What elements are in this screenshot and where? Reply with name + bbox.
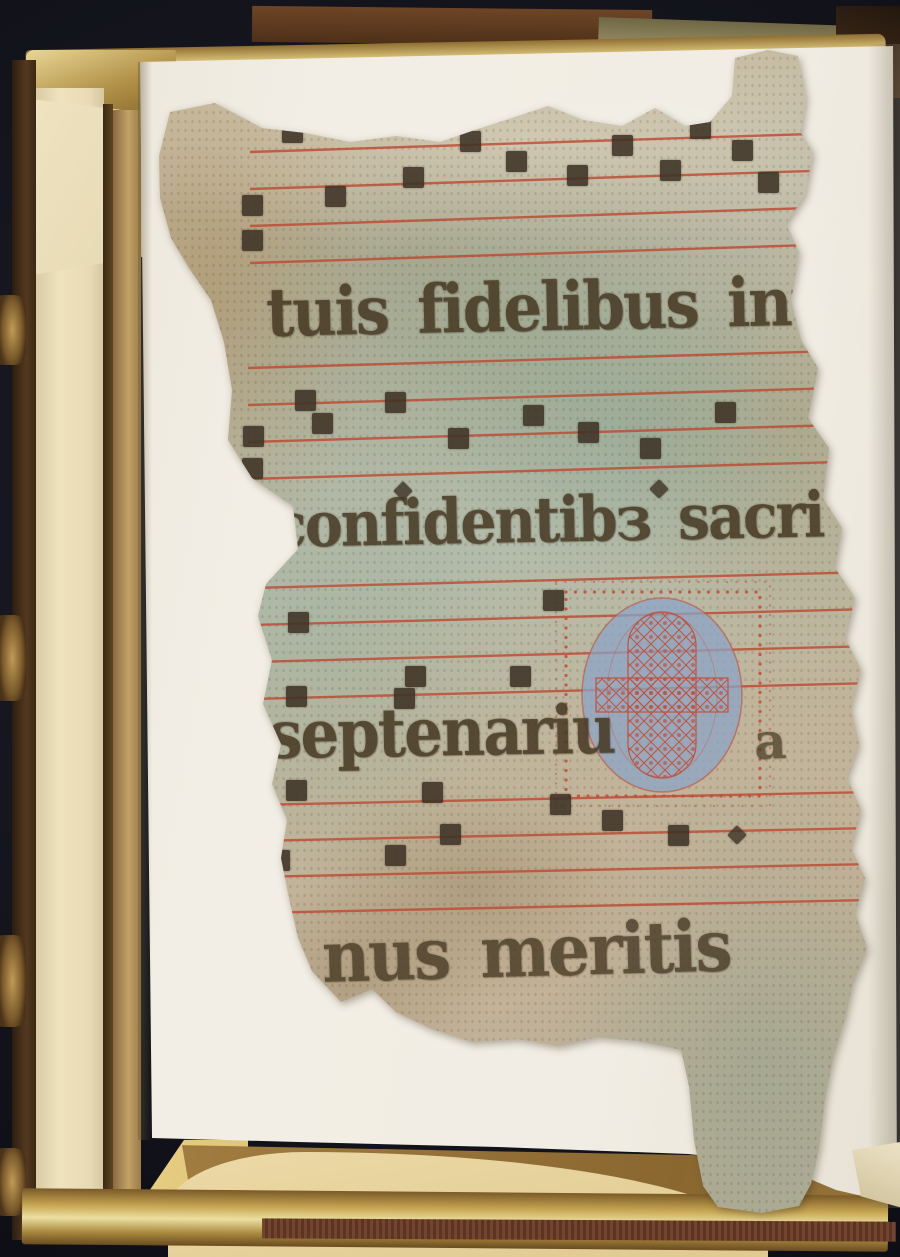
chant-text-line-2: confidentibз sacri — [271, 478, 824, 562]
photograph-of-manuscript-album: tuis fidelibus int confidentibз sacri se… — [0, 0, 900, 1257]
neume — [668, 825, 689, 846]
manuscript-fragment: tuis fidelibus int confidentibз sacri se… — [0, 0, 900, 1257]
neume — [727, 825, 747, 845]
neume — [295, 390, 316, 411]
neume-layer — [0, 0, 900, 1257]
neume — [715, 402, 736, 423]
neume — [241, 630, 262, 651]
neume — [242, 458, 263, 479]
neume — [543, 590, 564, 611]
neume — [385, 392, 406, 413]
neume — [612, 135, 633, 156]
chant-text-line-3: septenariu — [267, 691, 615, 775]
neume — [550, 794, 571, 815]
neume — [460, 131, 481, 152]
neume — [312, 413, 333, 434]
chant-text-after-initial: a — [753, 711, 785, 771]
neume — [523, 405, 544, 426]
neume — [282, 122, 303, 143]
neume — [510, 666, 531, 687]
neume — [578, 422, 599, 443]
neume — [440, 824, 461, 845]
neume — [506, 151, 527, 172]
neume — [242, 230, 263, 251]
neume — [567, 165, 588, 186]
neume — [288, 612, 309, 633]
neume — [269, 850, 290, 871]
neume — [385, 845, 406, 866]
neume — [690, 118, 711, 139]
neume — [325, 186, 346, 207]
neume — [602, 810, 623, 831]
neume — [286, 780, 307, 801]
chant-text-line-1: tuis fidelibus int — [265, 263, 817, 353]
neume — [405, 666, 426, 687]
neume — [242, 195, 263, 216]
neume — [403, 167, 424, 188]
neume — [448, 428, 469, 449]
chant-text-line-4: nus meritis — [321, 903, 732, 999]
neume — [732, 140, 753, 161]
neume — [660, 160, 681, 181]
neume — [640, 438, 661, 459]
neume — [422, 782, 443, 803]
neume — [243, 426, 264, 447]
neume — [758, 172, 779, 193]
